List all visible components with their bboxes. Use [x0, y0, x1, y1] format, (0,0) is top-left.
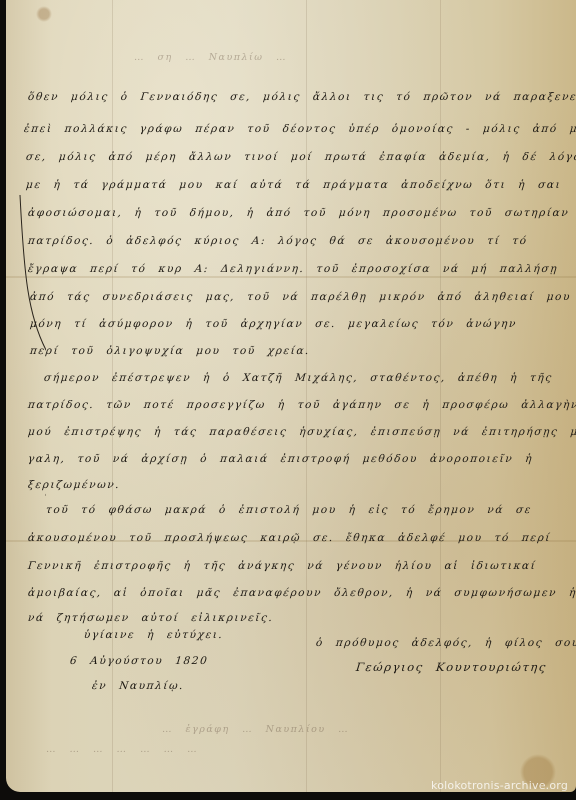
letter-line-bracketed: ξεριζωμένων. — [27, 479, 121, 491]
letter-line: ἀκουσομένου τοῦ προσλήψεως καιρῷ σε. ἔθη… — [27, 532, 551, 544]
letter-date: 6 Αὐγούστου 1820 — [69, 655, 209, 667]
letter-line: ὅθεν μόλις ὁ Γενναιόδης σε, μόλις ἄλλοι … — [27, 91, 576, 103]
salutation: ὑγίαινε ἡ εὐτύχει. — [83, 629, 224, 641]
signature: Γεώργιος Κουντουριώτης — [355, 660, 547, 674]
letter-line: πατρίδος. ὁ ἀδελφός κύριος Α: λόγος θά σ… — [27, 235, 528, 247]
letter-line: σε, μόλις ἀπό μέρη ἄλλων τινοί μοί πρωτά… — [25, 151, 576, 163]
letter-line-bracketed: πατρίδος. τῶν ποτέ προσεγγίζω ἡ τοῦ ἀγάπ… — [27, 399, 576, 411]
letter-line: ἀφοσιώσομαι, ἡ τοῦ δήμου, ἡ ἀπό τοῦ μόνη… — [27, 207, 576, 219]
faint-bleedthrough-text: … ἐγράφη … Ναυπλίου … — [162, 724, 349, 735]
paper-rule — [112, 0, 113, 792]
paper-fold — [6, 276, 576, 278]
manuscript-page: … ση … Ναυπλίω … ὅθεν μόλις ὁ Γενναιόδης… — [6, 0, 576, 792]
paper-fold — [306, 0, 307, 792]
letter-line: περί τοῦ ὀλιγοψυχία μου τοῦ χρεία. — [29, 345, 310, 357]
faint-bleedthrough-text: … … … … … … … — [46, 744, 198, 755]
letter-line: Γεννικῆ ἐπιστροφῆς ἡ τῆς ἀνάγκης νά γένο… — [27, 560, 537, 572]
signoff: ὁ πρόθυμος ἀδελφός, ἡ φίλος σου — [315, 637, 576, 649]
letter-line: μόνη τί ἀσύμφορον ἡ τοῦ ἀρχηγίαν σε. μεγ… — [29, 318, 517, 330]
letter-line: με ἡ τά γράμματά μου καί αὐτά τά πράγματ… — [25, 179, 561, 191]
letter-line: νά ζητήσωμεν αὐτοί εἰλικρινεῖς. — [27, 612, 274, 624]
letter-line: ἀμοιβαίας, αἱ ὁποῖαι μᾶς ἐπαναφέρουν ὄλε… — [27, 587, 576, 599]
letter-line: τοῦ τό φθάσω μακρά ὁ ἐπιστολή μου ἡ εἰς … — [45, 504, 532, 516]
letter-line-bracketed: γαλη, τοῦ νά ἀρχίσῃ ὁ παλαιά ἐπιστροφή μ… — [27, 453, 533, 465]
letter-place: ἐν Ναυπλίῳ. — [91, 680, 184, 692]
letter-line-bracketed: μού ἐπιστρέψης ἡ τάς παραθέσεις ἡσυχίας,… — [27, 426, 576, 438]
archive-watermark: kolokotronis-archive.org — [431, 779, 568, 792]
letter-line: ἐπεὶ πολλάκις γράφω πέραν τοῦ δέοντος ὑπ… — [23, 123, 576, 135]
faint-header-text: … ση … Ναυπλίω … — [134, 52, 287, 63]
letter-line: ἀπό τάς συνεδριάσεις μας, τοῦ νά παρέλθῃ… — [29, 291, 571, 303]
letter-line-bracketed: σήμερον ἐπέστρεψεν ἡ ὁ Χατζῆ Μιχάλης, στ… — [43, 372, 553, 384]
letter-line: ἔγραψα περί τό κυρ Α: Δεληγιάννη. τοῦ ἐπ… — [27, 263, 558, 275]
